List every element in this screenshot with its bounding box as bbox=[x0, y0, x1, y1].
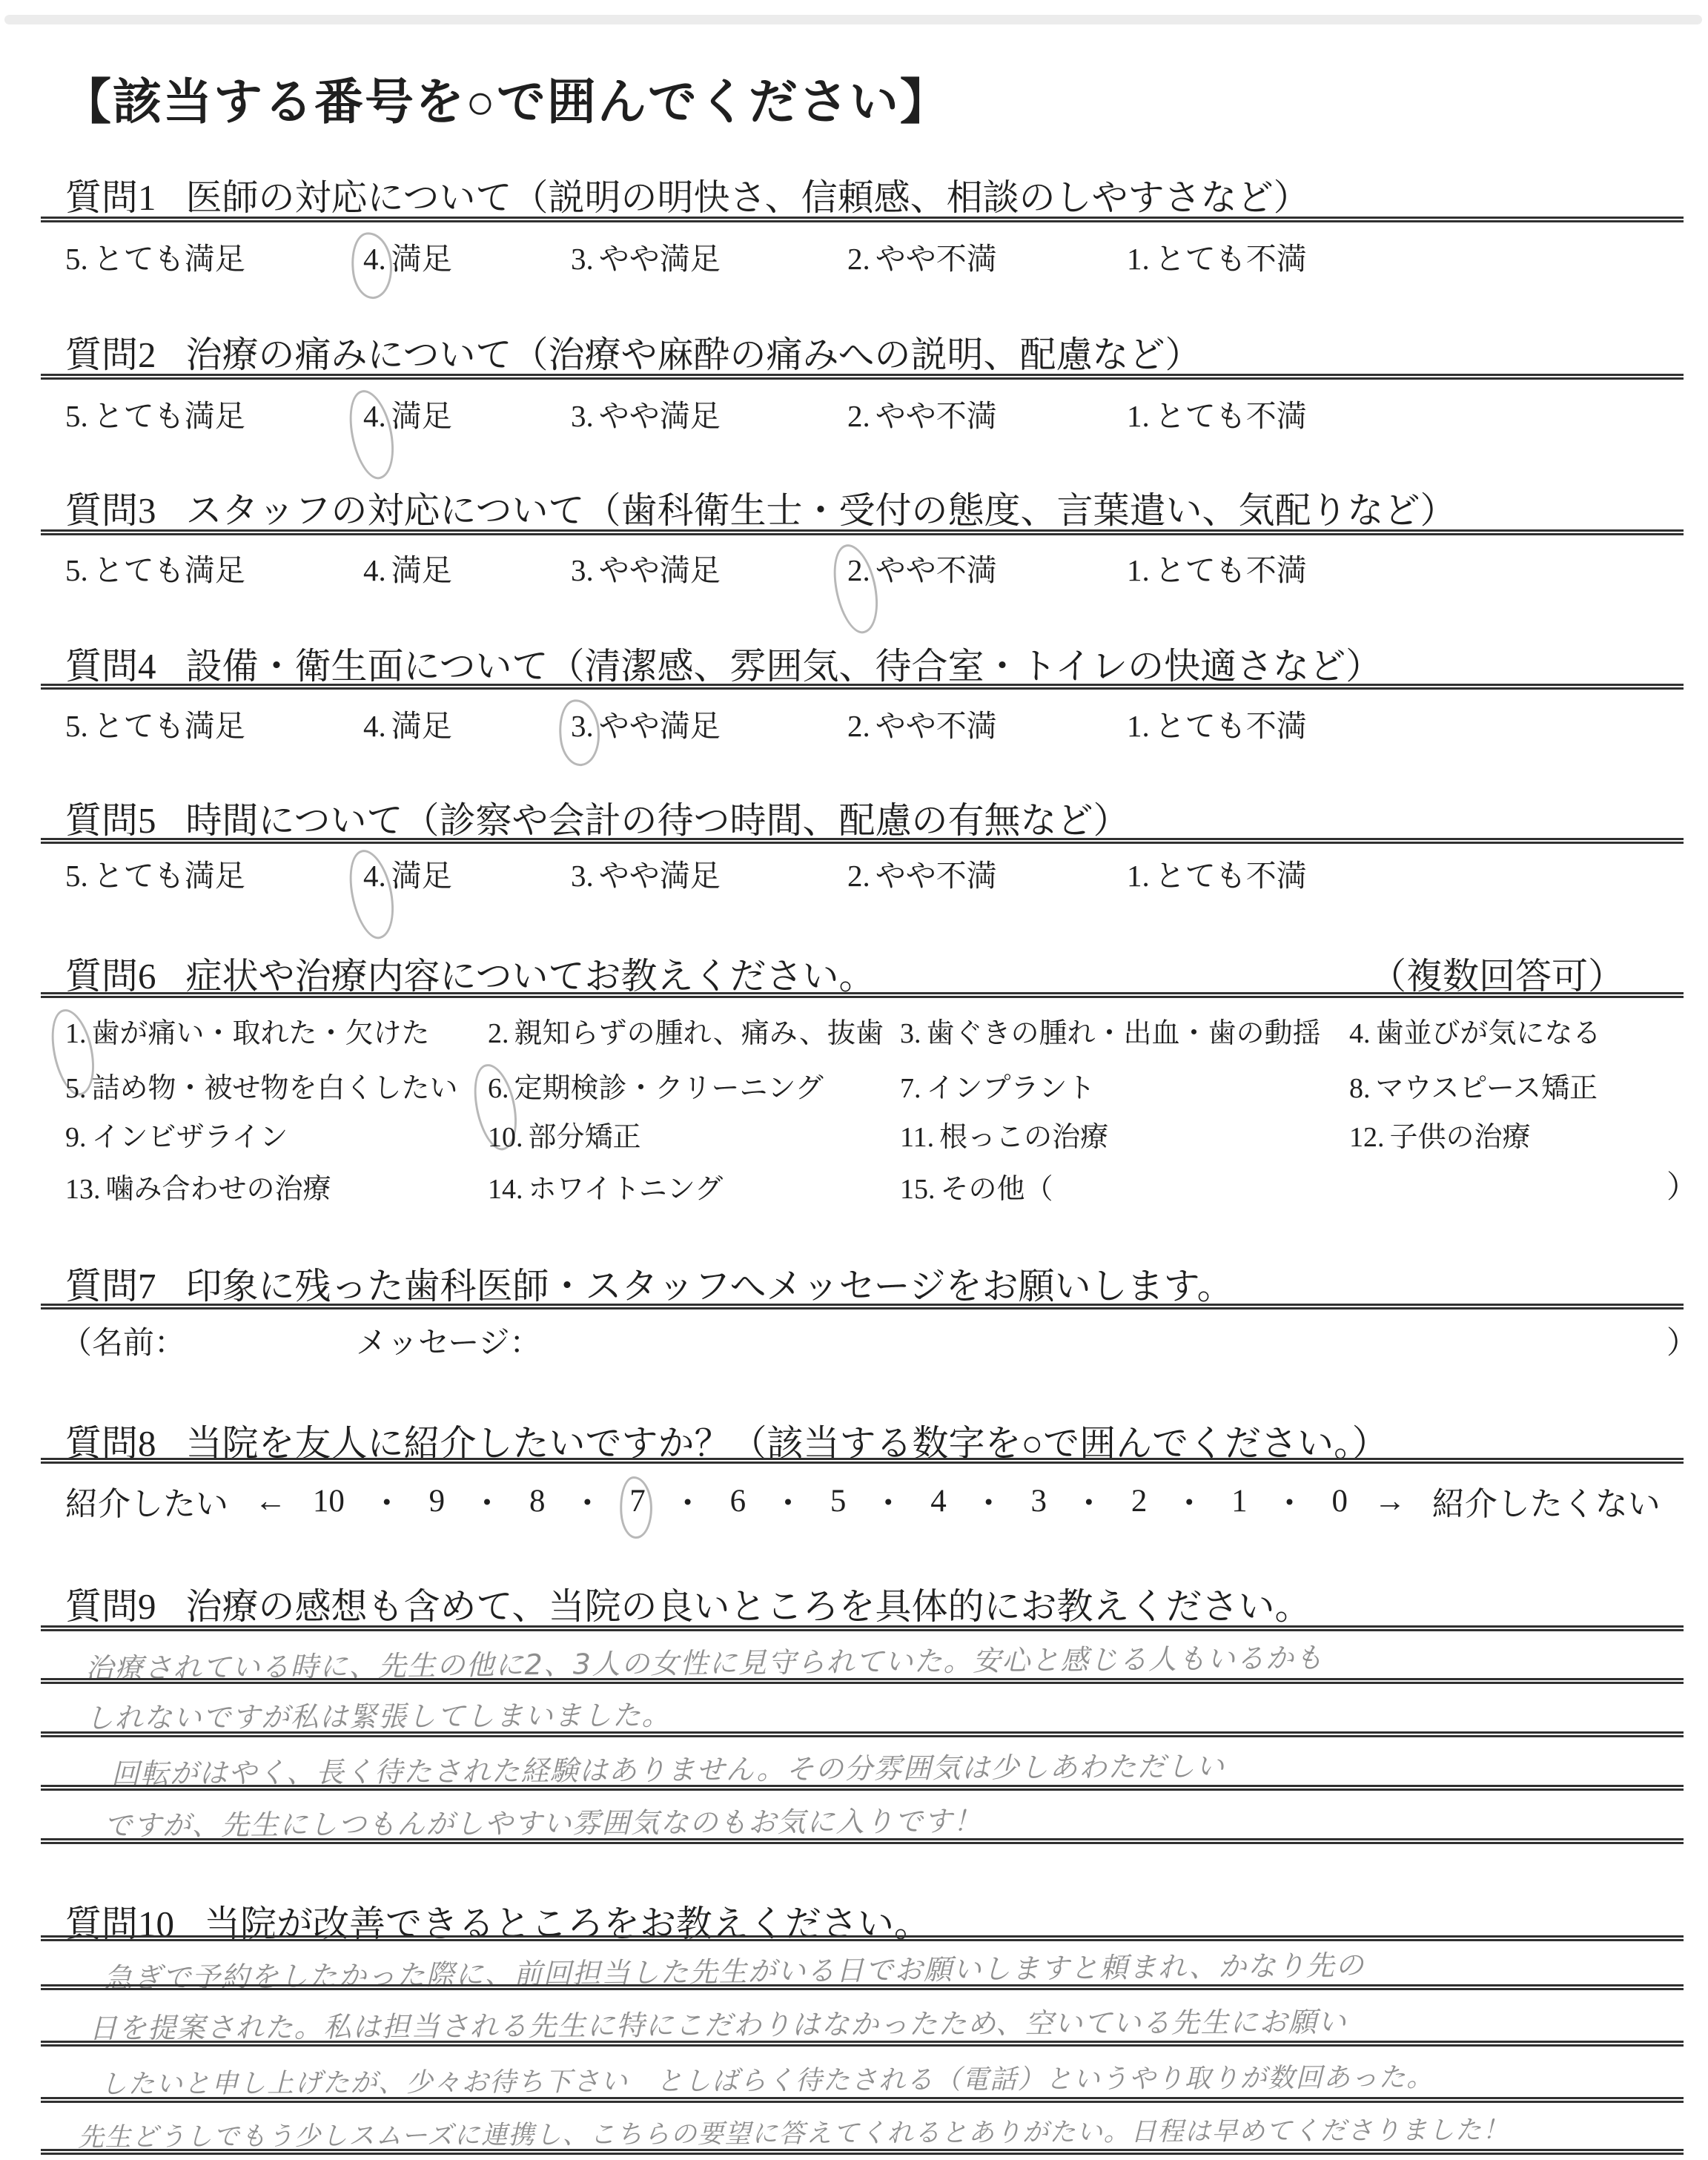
q1-option-5: 5.とても満足 bbox=[65, 234, 245, 278]
q5-option-5: 5.とても満足 bbox=[65, 851, 245, 895]
q5-option-2: 2.やや不満 bbox=[847, 851, 997, 895]
q8-number-1: 1 bbox=[1231, 1483, 1248, 1519]
q7-topic: 印象に残った歯科医師・スタッフへメッセージをお願いします。 bbox=[186, 1266, 1234, 1307]
q4-options-row: 5.とても満足 4.満足 3.やや満足 2.やや不満 1.とても不満 bbox=[0, 701, 1708, 753]
q10-answer-line-2 bbox=[41, 2041, 1684, 2047]
q8-number-7: 7 bbox=[629, 1483, 646, 1519]
q8-divider bbox=[41, 1458, 1684, 1464]
q3-option-3: 3.やや満足 bbox=[571, 546, 721, 589]
q5-divider bbox=[41, 838, 1684, 844]
q2-option-5: 5.とても満足 bbox=[65, 392, 245, 435]
q6-item-11: 11.根っこの治療 bbox=[900, 1114, 1108, 1155]
q10-divider bbox=[41, 1935, 1684, 1941]
q9-label: 質問9 bbox=[65, 1586, 156, 1627]
q4-option-4: 4.満足 bbox=[363, 701, 452, 745]
q8-left-label: 紹介したい bbox=[65, 1477, 228, 1525]
q4-option-3: 3.やや満足 bbox=[571, 701, 721, 745]
q3-header: 質問3スタッフの対応について（歯科衛生士・受付の態度、言葉遣い、気配りなど） bbox=[65, 482, 1457, 534]
q3-options-row: 5.とても満足 4.満足 3.やや満足 2.やや不満 1.とても不満 bbox=[0, 546, 1708, 598]
q5-option-4: 4.満足 bbox=[363, 851, 452, 895]
q1-label: 質問1 bbox=[65, 177, 156, 218]
q1-topic: 医師の対応について（説明の明快さ、信頼感、相談のしやすさなど） bbox=[186, 177, 1310, 218]
q9-header: 質問9治療の感想も含めて、当院の良いところを具体的にお教えください。 bbox=[65, 1578, 1311, 1630]
q6-item-3: 3.歯ぐきの腫れ・出血・歯の動揺 bbox=[900, 1010, 1321, 1051]
q8-number-5: 5 bbox=[830, 1483, 847, 1519]
q7-close-paren: ） bbox=[1666, 1318, 1698, 1363]
q8-dot-icon: ・ bbox=[772, 1479, 804, 1524]
q9-topic: 治療の感想も含めて、当院の良いところを具体的にお教えください。 bbox=[186, 1586, 1311, 1627]
q6-item-13: 13.噛み合わせの治療 bbox=[65, 1166, 331, 1206]
q5-option-1: 1.とても不満 bbox=[1127, 851, 1307, 895]
q9-answer-line-4 bbox=[41, 1838, 1684, 1844]
q4-option-5: 5.とても満足 bbox=[65, 701, 245, 745]
q3-option-1: 1.とても不満 bbox=[1127, 546, 1307, 589]
q7-message-label: メッセージ： bbox=[356, 1318, 540, 1363]
q6-item-9: 9.インビザライン bbox=[65, 1114, 288, 1155]
q4-topic: 設備・衛生面について（清潔感、雰囲気、待合室・トイレの快適さなど） bbox=[186, 646, 1383, 687]
q8-right-arrow-icon: → bbox=[1374, 1483, 1406, 1519]
q6-item-15: 15.その他（ bbox=[900, 1166, 1053, 1206]
q8-left-arrow-icon: ← bbox=[254, 1483, 286, 1519]
q7-label: 質問7 bbox=[65, 1266, 156, 1307]
q6-label: 質問6 bbox=[65, 956, 156, 997]
q10-answer-line-3 bbox=[41, 2097, 1684, 2103]
q3-topic: スタッフの対応について（歯科衛生士・受付の態度、言葉遣い、気配りなど） bbox=[186, 490, 1457, 531]
q2-options-row: 5.とても満足 4.満足 3.やや満足 2.やや不満 1.とても不満 bbox=[0, 392, 1708, 443]
q8-right-label: 紹介したくない bbox=[1432, 1477, 1661, 1525]
q1-option-4: 4.満足 bbox=[363, 234, 452, 278]
q4-option-2: 2.やや不満 bbox=[847, 701, 997, 745]
q7-divider bbox=[41, 1304, 1684, 1309]
q2-label: 質問2 bbox=[65, 334, 156, 375]
q5-topic: 時間について（診察や会計の待つ時間、配慮の有無など） bbox=[186, 800, 1130, 841]
q8-number-0: 0 bbox=[1331, 1483, 1348, 1519]
q3-divider bbox=[41, 529, 1684, 535]
q6-item-2: 2.親知らずの腫れ、痛み、抜歯 bbox=[488, 1010, 884, 1051]
q8-number-3: 3 bbox=[1031, 1483, 1047, 1519]
q9-answer-line-3 bbox=[41, 1785, 1684, 1791]
q3-label: 質問3 bbox=[65, 490, 156, 531]
q1-divider bbox=[41, 217, 1684, 222]
q6-item-14: 14.ホワイトニング bbox=[488, 1166, 723, 1206]
scan-artifact-line bbox=[4, 15, 1702, 24]
q1-option-1: 1.とても不満 bbox=[1127, 234, 1307, 278]
q8-number-8: 8 bbox=[529, 1483, 546, 1519]
q9-answer-line-1 bbox=[41, 1678, 1684, 1684]
q8-number-6: 6 bbox=[730, 1483, 747, 1519]
q1-header: 質問1医師の対応について（説明の明快さ、信頼感、相談のしやすさなど） bbox=[65, 169, 1310, 221]
q3-option-5: 5.とても満足 bbox=[65, 546, 245, 589]
form-title: 【該当する番号を○で囲んでください】 bbox=[62, 62, 950, 133]
q6-other-close-paren: ） bbox=[1666, 1163, 1698, 1207]
q10-handwritten-line-3: したいと申し上げたが、少々お待ち下さい としばらく待たされる（電話）というやり取… bbox=[100, 2056, 1434, 2101]
q2-header: 質問2治療の痛みについて（治療や麻酔の痛みへの説明、配慮など） bbox=[65, 326, 1202, 378]
q9-handwritten-line-4: ですが、先生にしつもんがしやすい雰囲気なのもお気に入りです！ bbox=[104, 1798, 982, 1843]
q6-item-7: 7.インプラント bbox=[900, 1065, 1096, 1106]
q6-divider bbox=[41, 992, 1684, 998]
q8-dot-icon: ・ bbox=[1174, 1479, 1205, 1524]
q9-handwritten-line-2: しれないですが私は緊張してしまいました。 bbox=[85, 1692, 671, 1736]
q3-option-4: 4.満足 bbox=[363, 546, 452, 589]
q6-item-6: 6.定期検診・クリーニング bbox=[488, 1065, 824, 1106]
q5-label: 質問5 bbox=[65, 800, 156, 841]
q4-divider bbox=[41, 684, 1684, 690]
q6-item-12: 12.子供の治療 bbox=[1349, 1114, 1531, 1155]
q7-header: 質問7印象に残った歯科医師・スタッフへメッセージをお願いします。 bbox=[65, 1258, 1234, 1309]
survey-form-scan: 【該当する番号を○で囲んでください】 質問1医師の対応について（説明の明快さ、信… bbox=[0, 0, 1708, 2160]
q1-option-2: 2.やや不満 bbox=[847, 234, 997, 278]
q8-dot-icon: ・ bbox=[371, 1479, 403, 1524]
q8-nps-scale: 紹介したい ← 10 ・ 9 ・ 8 ・ 7 ・ 6 ・ 5 ・ 4 ・ 3 ・… bbox=[65, 1477, 1661, 1525]
q8-dot-icon: ・ bbox=[873, 1479, 904, 1524]
q6-item-1: 1.歯が痛い・取れた・欠けた bbox=[65, 1010, 430, 1051]
q5-header: 質問5時間について（診察や会計の待つ時間、配慮の有無など） bbox=[65, 792, 1130, 844]
q10-handwritten-line-4: 先生どうしでもう少しスムーズに連携し、こちらの要望に答えてくれるとありがたい。日… bbox=[78, 2110, 1509, 2154]
q8-dot-icon: ・ bbox=[973, 1479, 1004, 1524]
q4-option-1: 1.とても不満 bbox=[1127, 701, 1307, 745]
q2-option-1: 1.とても不満 bbox=[1127, 392, 1307, 435]
q8-dot-icon: ・ bbox=[572, 1479, 603, 1524]
q4-header: 質問4設備・衛生面について（清潔感、雰囲気、待合室・トイレの快適さなど） bbox=[65, 638, 1382, 690]
q8-dot-icon: ・ bbox=[672, 1479, 704, 1524]
q6-item-10: 10.部分矯正 bbox=[488, 1114, 641, 1155]
q5-option-3: 3.やや満足 bbox=[571, 851, 721, 895]
q8-dot-icon: ・ bbox=[1274, 1479, 1305, 1524]
q3-option-2: 2.やや不満 bbox=[847, 546, 997, 589]
q6-topic: 症状や治療内容についてお教えください。 bbox=[186, 956, 875, 997]
q8-number-9: 9 bbox=[429, 1483, 446, 1519]
q10-handwritten-line-2: 日を提案された。私は担当される先生に特にこだわりはなかったため、空いている先生に… bbox=[89, 1999, 1347, 2047]
q10-answer-line-4 bbox=[41, 2149, 1684, 2155]
q6-item-8: 8.マウスピース矯正 bbox=[1349, 1065, 1598, 1106]
q8-dot-icon: ・ bbox=[1073, 1479, 1105, 1524]
q8-number-2: 2 bbox=[1131, 1483, 1148, 1519]
q1-option-3: 3.やや満足 bbox=[571, 234, 721, 278]
q10-answer-line-1 bbox=[41, 1984, 1684, 1990]
q2-option-4: 4.満足 bbox=[363, 392, 452, 435]
q8-number-10: 10 bbox=[313, 1483, 345, 1519]
q8-dot-icon: ・ bbox=[471, 1479, 503, 1524]
q6-item-4: 4.歯並びが気になる bbox=[1349, 1010, 1601, 1051]
q9-divider bbox=[41, 1625, 1684, 1631]
q7-name-label: （名前： bbox=[61, 1318, 185, 1363]
q5-options-row: 5.とても満足 4.満足 3.やや満足 2.やや不満 1.とても不満 bbox=[0, 851, 1708, 903]
q6-item-5: 5.詰め物・被せ物を白くしたい bbox=[65, 1065, 458, 1106]
q4-label: 質問4 bbox=[65, 646, 156, 687]
q2-option-3: 3.やや満足 bbox=[571, 392, 721, 435]
q1-options-row: 5.とても満足 4.満足 3.やや満足 2.やや不満 1.とても不満 bbox=[0, 234, 1708, 286]
q2-divider bbox=[41, 374, 1684, 380]
q2-option-2: 2.やや不満 bbox=[847, 392, 997, 435]
q2-topic: 治療の痛みについて（治療や麻酔の痛みへの説明、配慮など） bbox=[186, 334, 1202, 375]
q9-answer-line-2 bbox=[41, 1731, 1684, 1737]
q8-number-4: 4 bbox=[930, 1483, 947, 1519]
